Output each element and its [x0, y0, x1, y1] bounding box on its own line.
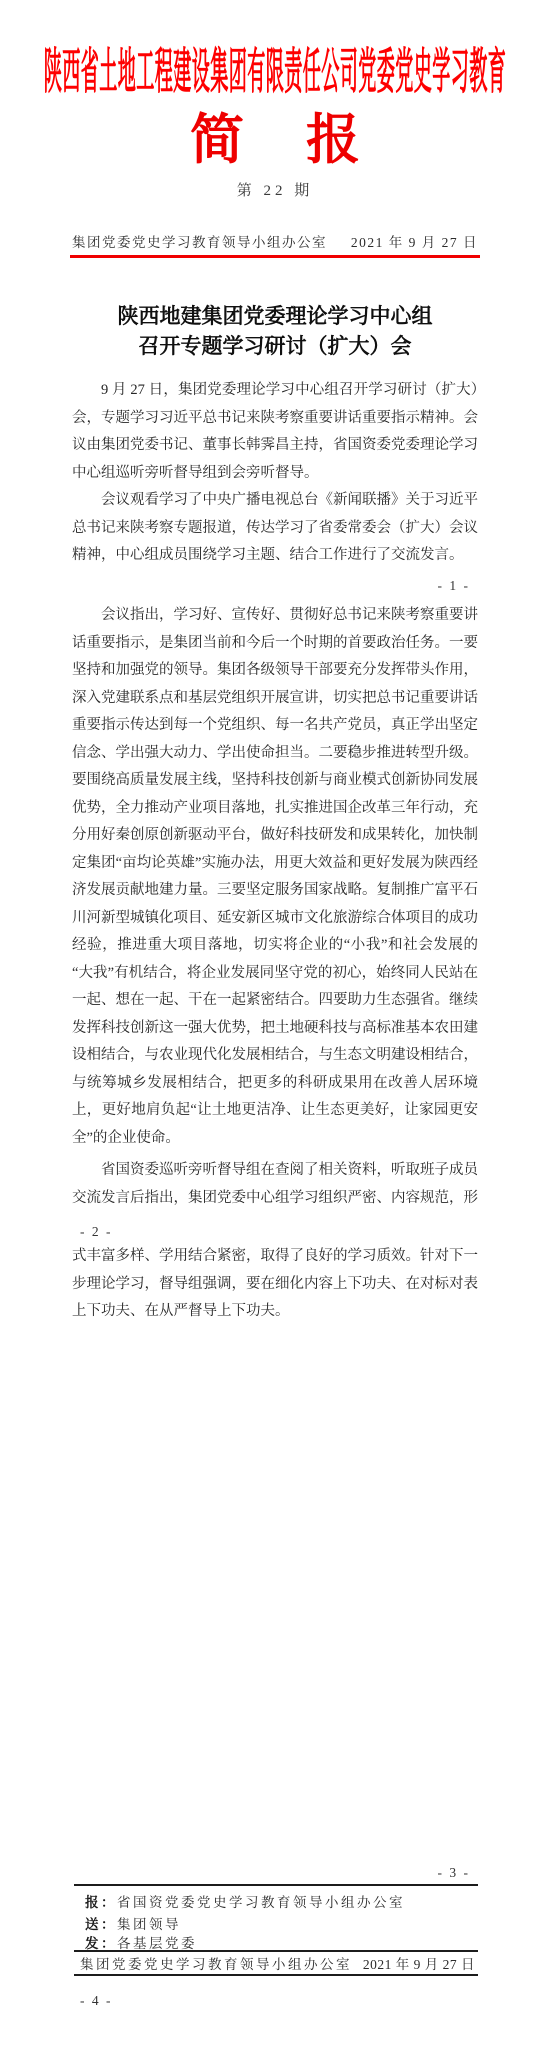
footer-rule-middle — [74, 1950, 478, 1952]
page-marker-4: - 4 - — [72, 1992, 478, 2010]
body-paragraph-2: 会议观看学习了中央广播电视总台《新闻联播》关于习近平总书记来陕考察专题报道，传达… — [72, 487, 478, 570]
article-title-line-1: 陕西地建集团党委理论学习中心组 — [0, 301, 550, 331]
masthead-issuing-office: 集团党委党史学习教育领导小组办公室 — [72, 231, 327, 251]
masthead-issue-date: 2021 年 9 月 27 日 — [351, 231, 478, 251]
page-marker-1: - 1 - — [72, 577, 478, 595]
page-marker-3: - 3 - — [72, 1864, 478, 1882]
article-title: 陕西地建集团党委理论学习中心组 召开专题学习研讨（扩大）会 — [0, 301, 550, 361]
footer-issue-row: 集团党委党史学习教育领导小组办公室 2021 年 9 月 27 日 — [72, 1957, 478, 1973]
article-title-line-2: 召开专题学习研讨（扩大）会 — [0, 331, 550, 361]
footer-rule-top — [74, 1884, 478, 1886]
bulletin-page: 陕西省土地工程建设集团有限责任公司党委党史学习教育 简 报 第 22 期 集团党… — [0, 0, 550, 2052]
masthead-org-title: 陕西省土地工程建设集团有限责任公司党委党史学习教育 — [44, 44, 507, 100]
masthead-red-rule — [70, 255, 480, 258]
footer-report-row: 报：省国资党委党史学习教育领导小组办公室 — [72, 1894, 478, 1912]
footer-send-value: 集团领导 — [117, 1917, 181, 1932]
bulletin-title: 简 报 — [0, 110, 550, 170]
body-paragraph-4-part-1: 省国资委巡听旁听督导组在查阅了相关资料，听取班子成员交流发言后指出，集团党委中心… — [72, 1157, 478, 1212]
footer-report-value: 省国资党委党史学习教育领导小组办公室 — [117, 1895, 405, 1910]
footer-report-label: 报： — [85, 1895, 117, 1910]
footer-distribute-value: 各基层党委 — [117, 1936, 197, 1951]
bulletin-title-char-2: 报 — [306, 110, 360, 170]
body-paragraph-1: 9 月 27 日，集团党委理论学习中心组召开学习研讨（扩大）会，专题学习习近平总… — [72, 377, 478, 487]
footer-issue-date: 2021 年 9 月 27 日 — [363, 1957, 475, 1973]
body-paragraph-3: 会议指出，学习好、宣传好、贯彻好总书记来陕考察重要讲话重要指示，是集团当前和今后… — [72, 602, 478, 1152]
page-marker-2: - 2 - — [72, 1223, 478, 1241]
body-paragraph-4-part-2: 式丰富多样、学用结合紧密，取得了良好的学习质效。针对下一步理论学习，督导组强调，… — [72, 1243, 478, 1326]
footer-send-row: 送：集团领导 — [72, 1916, 478, 1934]
issue-number: 第 22 期 — [0, 179, 550, 200]
footer-issuing-office: 集团党委党史学习教育领导小组办公室 — [80, 1957, 352, 1973]
footer-rule-bottom — [74, 1974, 478, 1976]
masthead-issue-row: 集团党委党史学习教育领导小组办公室 2021 年 9 月 27 日 — [72, 231, 478, 251]
bulletin-title-char-1: 简 — [190, 110, 244, 170]
footer-distribute-label: 发： — [85, 1936, 117, 1951]
footer-send-label: 送： — [85, 1917, 117, 1932]
